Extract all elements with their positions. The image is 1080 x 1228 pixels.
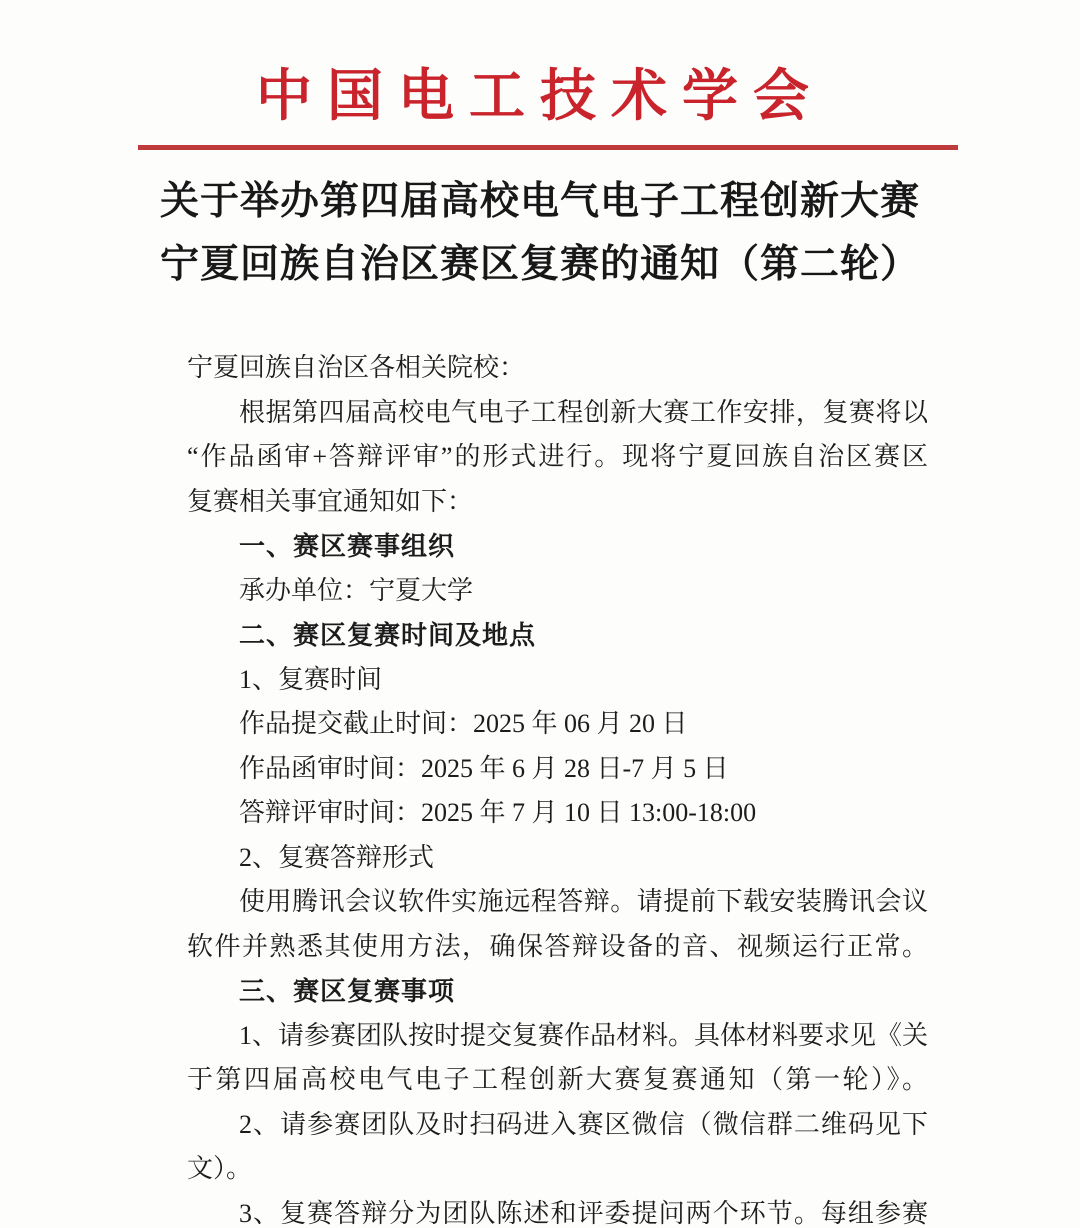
body-line: “作品函审+答辩评审”的形式进行。现将宁夏回族自治区赛区 (187, 435, 928, 480)
body-line: 1、复赛时间 (187, 658, 928, 703)
document-title-line-1: 关于举办第四届高校电气电子工程创新大赛 (0, 170, 1080, 233)
body-line: 文）。 (187, 1147, 928, 1192)
body-line: 软件并熟悉其使用方法，确保答辩设备的音、视频运行正常。 (187, 925, 928, 970)
body-line: 1、请参赛团队按时提交复赛作品材料。具体材料要求见《关 (187, 1014, 928, 1059)
document-title-line-2: 宁夏回族自治区赛区复赛的通知（第二轮） (0, 233, 1080, 296)
body-line: 承办单位：宁夏大学 (187, 569, 928, 614)
body-line: 一、赛区赛事组织 (187, 524, 928, 569)
body-line: 根据第四届高校电气电子工程创新大赛工作安排，复赛将以 (187, 391, 928, 436)
letterhead-rule (138, 145, 958, 150)
body-line: 3、复赛答辩分为团队陈述和评委提问两个环节。每组参赛 (187, 1192, 928, 1228)
document-body: 宁夏回族自治区各相关院校：根据第四届高校电气电子工程创新大赛工作安排，复赛将以“… (187, 346, 928, 1228)
body-line: 2、复赛答辩形式 (187, 836, 928, 881)
body-line: 复赛相关事宜通知如下： (187, 480, 928, 525)
body-line: 答辩评审时间：2025 年 7 月 10 日 13:00-18:00 (187, 791, 928, 836)
body-line: 使用腾讯会议软件实施远程答辩。请提前下载安装腾讯会议 (187, 880, 928, 925)
body-line: 作品提交截止时间：2025 年 06 月 20 日 (187, 702, 928, 747)
document-title: 关于举办第四届高校电气电子工程创新大赛 宁夏回族自治区赛区复赛的通知（第二轮） (0, 170, 1080, 296)
body-line: 三、赛区复赛事项 (187, 969, 928, 1014)
body-line: 宁夏回族自治区各相关院校： (187, 346, 928, 391)
body-line: 作品函审时间：2025 年 6 月 28 日-7 月 5 日 (187, 747, 928, 792)
body-line: 于第四届高校电气电子工程创新大赛复赛通知（第一轮）》。 (187, 1058, 928, 1103)
document-page: 中国电工技术学会 关于举办第四届高校电气电子工程创新大赛 宁夏回族自治区赛区复赛… (0, 0, 1080, 1228)
body-line: 2、请参赛团队及时扫码进入赛区微信（微信群二维码见下 (187, 1103, 928, 1148)
body-line: 二、赛区复赛时间及地点 (187, 613, 928, 658)
letterhead-org-name: 中国电工技术学会 (0, 52, 1080, 132)
